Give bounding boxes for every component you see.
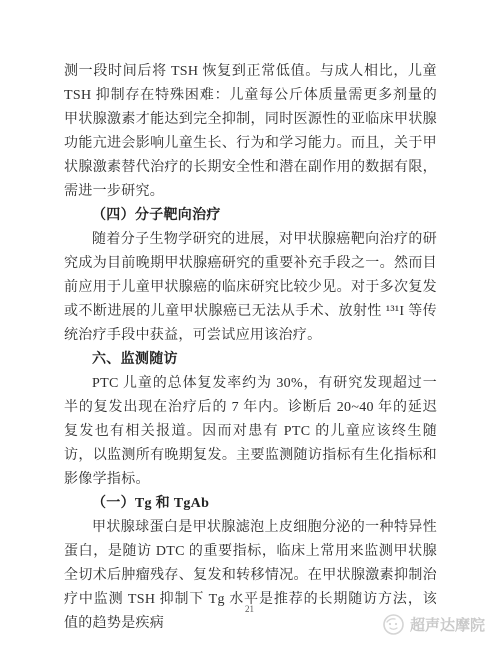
mascot-logo-icon — [382, 613, 405, 636]
heading-molecular-targeted-therapy: （四）分子靶向治疗 — [64, 204, 437, 228]
paragraph-ptc-recurrence: PTC 儿童的总体复发率约为 30%，有研究发现超过一半的复发出现在治疗后的 7… — [64, 372, 437, 492]
watermark-text: 超声达摩院 — [410, 614, 485, 635]
heading-monitoring-followup: 六、监测随访 — [64, 348, 437, 372]
paragraph-tsh-suppression: 测一段时间后将 TSH 恢复到正常低值。与成人相比，儿童 TSH 抑制存在特殊困… — [64, 60, 437, 204]
heading-tg-and-tgab: （一）Tg 和 TgAb — [64, 492, 437, 516]
document-page: 测一段时间后将 TSH 恢复到正常低值。与成人相比，儿童 TSH 抑制存在特殊困… — [0, 0, 499, 646]
document-body-text: 测一段时间后将 TSH 恢复到正常低值。与成人相比，儿童 TSH 抑制存在特殊困… — [64, 60, 437, 636]
watermark: 超声达摩院 — [382, 613, 485, 636]
paragraph-targeted-therapy: 随着分子生物学研究的进展，对甲状腺癌靶向治疗的研究成为目前晚期甲状腺癌研究的重要… — [64, 228, 437, 348]
